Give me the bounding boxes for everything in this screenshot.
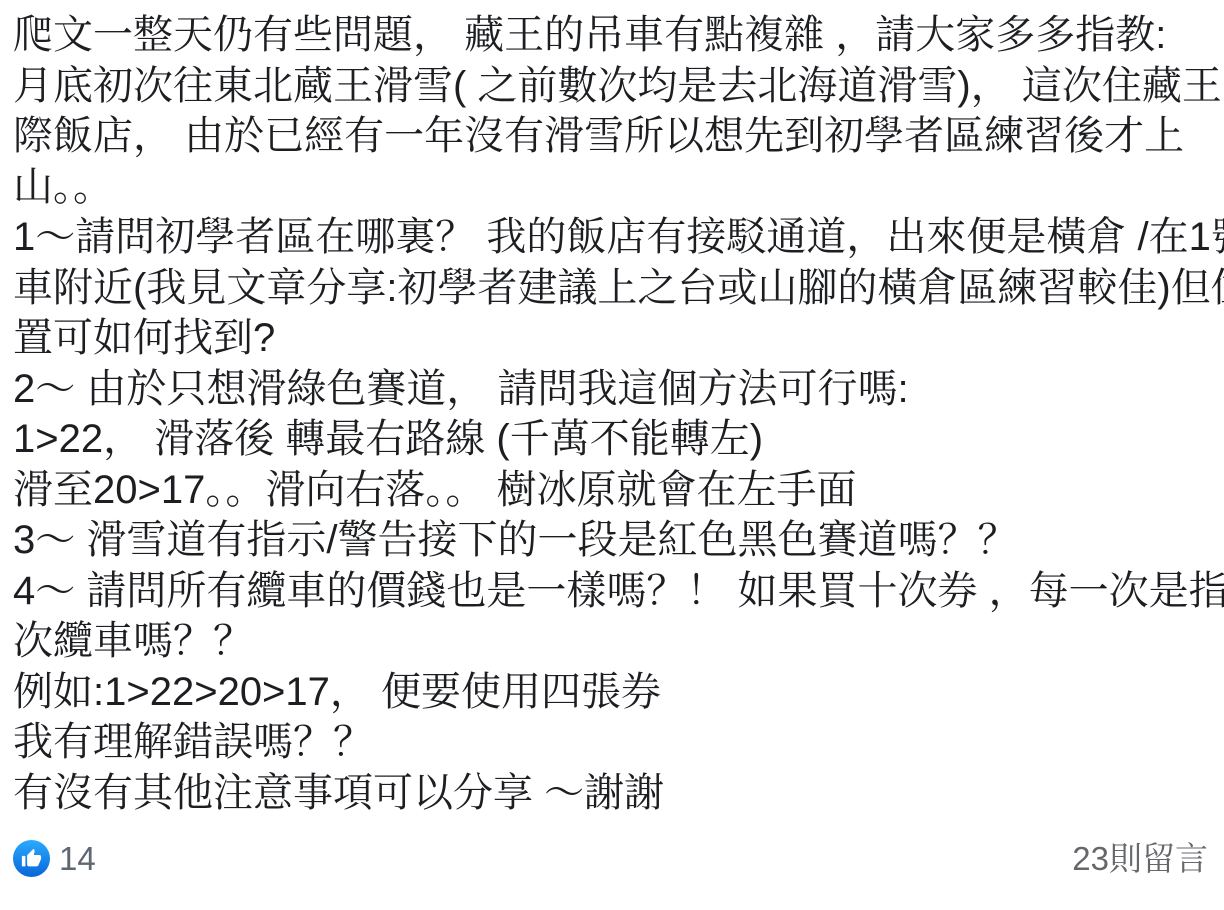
like-badge[interactable] [13,840,50,877]
post-text-line: 4～ 請問所有纜車的價錢也是一樣嗎？！ 如果買十次券 ，每一次是指一 [13,566,1218,617]
post-text-line: 滑至20>17。。滑向右落。。 樹冰原就會在左手面 [13,465,1218,516]
post-text-line: 例如:1>22>20>17， 便要使用四張券 [13,667,1218,718]
reaction-count[interactable]: 14 [59,840,96,877]
facebook-post: 爬文一整天仍有些問題， 藏王的吊車有點複雜 ，請大家多多指教: 月底初次往東北蔵… [0,0,1224,910]
comments-count[interactable]: 23則留言 [1072,840,1208,877]
post-text-line: 次纜車嗎？？ [13,616,1218,667]
post-text-line: 山。。 [13,162,1218,213]
reactions-bar: 14 23則留言 [0,838,1224,878]
post-text-line: 車附近(我見文章分享:初學者建議上之台或山腳的橫倉區練習較佳)但位 [13,263,1218,314]
post-text-line: 有沒有其他注意事項可以分享 ～謝謝 [13,768,1218,819]
post-text-line: 爬文一整天仍有些問題， 藏王的吊車有點複雜 ，請大家多多指教: [13,10,1218,61]
post-text-line: 2～ 由於只想滑綠色賽道， 請問我這個方法可行嗎: [13,364,1218,415]
reaction-summary[interactable]: 14 [13,840,96,877]
post-text-line: 月底初次往東北蔵王滑雪( 之前數次均是去北海道滑雪)， 這次住藏王國 [13,61,1218,112]
thumbs-up-icon [21,848,42,869]
post-text-line: 1～請問初學者區在哪裏？ 我的飯店有接駁通道，出來便是橫倉 /在1號纜 [13,212,1218,263]
post-text-line: 際飯店， 由於已經有一年沒有滑雪所以想先到初學者區練習後才上 [13,111,1218,162]
post-text-line: 我有理解錯誤嗎？？ [13,717,1218,768]
post-text-line: 置可如何找到? [13,313,1218,364]
post-text: 爬文一整天仍有些問題， 藏王的吊車有點複雜 ，請大家多多指教: 月底初次往東北蔵… [0,0,1224,818]
post-text-line: 3～ 滑雪道有指示/警告接下的一段是紅色黑色賽道嗎？？ [13,515,1218,566]
post-text-line: 1>22， 滑落後 轉最右路線 (千萬不能轉左) [13,414,1218,465]
